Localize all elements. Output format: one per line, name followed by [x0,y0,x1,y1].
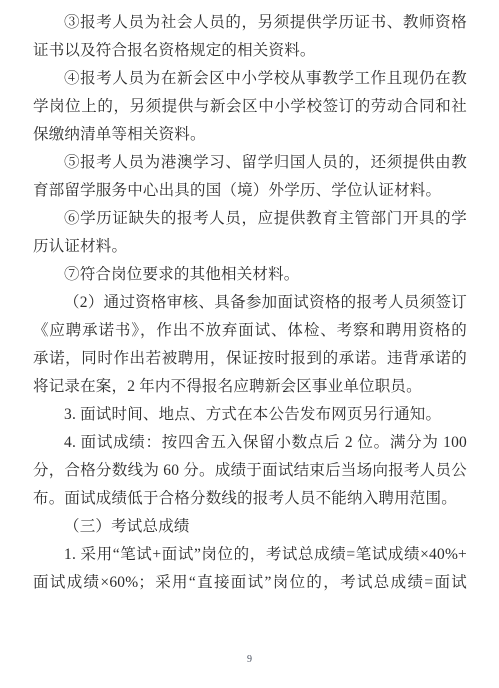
document-body: ③报考人员为社会人员的，另须提供学历证书、教师资格 证书以及符合报名资格规定的相… [33,9,467,597]
document-line: ⑤报考人员为港澳学习、留学归国人员的，还须提供由教 [33,149,467,177]
document-line: 将记录在案，2 年内不得报名应聘新会区事业单位职员。 [33,373,467,401]
document-line: 证书以及符合报名资格规定的相关资料。 [33,37,467,65]
document-line: ⑥学历证缺失的报考人员，应提供教育主管部门开具的学 [33,205,467,233]
document-line: 历认证材料。 [33,233,467,261]
document-line: ③报考人员为社会人员的，另须提供学历证书、教师资格 [33,9,467,37]
document-line: 1. 采用“笔试+面试”岗位的，考试总成绩=笔试成绩×40%+ [33,541,467,569]
document-line: 承诺，同时作出若被聘用，保证按时报到的承诺。违背承诺的 [33,345,467,373]
page-number: 9 [0,654,499,666]
document-line: 《应聘承诺书》，作出不放弃面试、体检、考察和聘用资格的 [33,317,467,345]
document-line: 布。面试成绩低于合格分数线的报考人员不能纳入聘用范围。 [33,485,467,513]
document-line: ⑦符合岗位要求的其他相关材料。 [33,261,467,289]
document-line: 保缴纳清单等相关资料。 [33,121,467,149]
document-line: 学岗位上的，另须提供与新会区中小学校签订的劳动合同和社 [33,93,467,121]
document-line: 3. 面试时间、地点、方式在本公告发布网页另行通知。 [33,401,467,429]
document-line: （2）通过资格审核、具备参加面试资格的报考人员须签订 [33,289,467,317]
document-line: 育部留学服务中心出具的国（境）外学历、学位认证材料。 [33,177,467,205]
document-line: 分，合格分数线为 60 分。成绩于面试结束后当场向报考人员公 [33,457,467,485]
document-line: ④报考人员为在新会区中小学校从事教学工作且现仍在教 [33,65,467,93]
document-page: ③报考人员为社会人员的，另须提供学历证书、教师资格 证书以及符合报名资格规定的相… [0,0,499,688]
document-line: 4. 面试成绩：按四舍五入保留小数点后 2 位。满分为 100 [33,429,467,457]
document-line: （三）考试总成绩 [33,513,467,541]
document-line: 面试成绩×60%；采用“直接面试”岗位的，考试总成绩=面试 [33,569,467,597]
